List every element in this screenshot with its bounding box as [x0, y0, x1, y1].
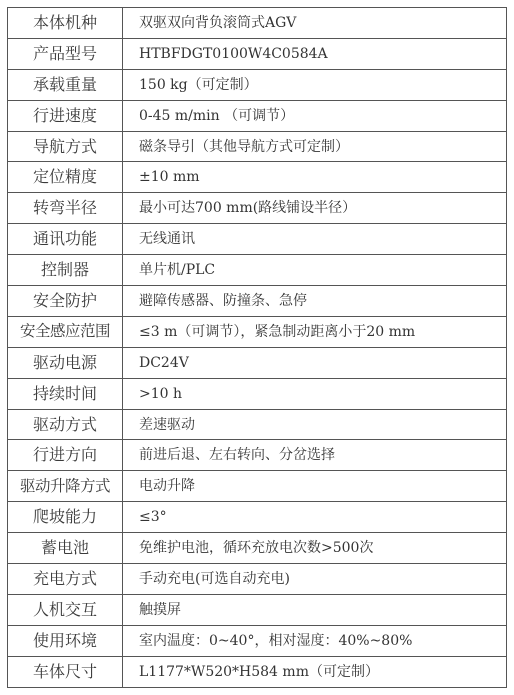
table-row: 人机交互触摸屏 [8, 594, 507, 625]
row-value: 双驱双向背负滚筒式AGV [123, 8, 507, 39]
row-label: 安全防护 [8, 286, 123, 317]
row-value: 室内温度：0~40°，相对湿度：40%~80% [123, 625, 507, 656]
row-value: 触摸屏 [123, 594, 507, 625]
row-value: ≤3 m（可调节），紧急制动距离小于20 mm [123, 316, 507, 347]
table-row: 导航方式磁条导引（其他导航方式可定制） [8, 131, 507, 162]
row-value: ±10 mm [123, 162, 507, 193]
row-label: 使用环境 [8, 625, 123, 656]
table-row: 产品型号HTBFDGT0100W4C0584A [8, 38, 507, 69]
table-row: 充电方式手动充电(可选自动充电) [8, 564, 507, 595]
row-label: 行进速度 [8, 100, 123, 131]
row-label: 蓄电池 [8, 533, 123, 564]
table-row: 转弯半径最小可达700 mm(路线铺设半径） [8, 193, 507, 224]
row-value: 电动升降 [123, 471, 507, 502]
row-label: 驱动电源 [8, 347, 123, 378]
table-row: 驱动方式差速驱动 [8, 409, 507, 440]
row-value: 差速驱动 [123, 409, 507, 440]
table-row: 使用环境室内温度：0~40°，相对湿度：40%~80% [8, 625, 507, 656]
row-value: 前进后退、左右转向、分岔选择 [123, 440, 507, 471]
row-label: 本体机种 [8, 8, 123, 39]
table-row: 行进速度0-45 m/min （可调节） [8, 100, 507, 131]
table-row: 安全防护避障传感器、防撞条、急停 [8, 286, 507, 317]
table-row: 承载重量150 kg（可定制） [8, 69, 507, 100]
row-value: ≤3° [123, 502, 507, 533]
row-value: L1177*W520*H584 mm（可定制） [123, 656, 507, 687]
row-label: 人机交互 [8, 594, 123, 625]
row-value: 无线通讯 [123, 224, 507, 255]
spec-table: 本体机种双驱双向背负滚筒式AGV 产品型号HTBFDGT0100W4C0584A… [7, 7, 507, 688]
row-label: 行进方向 [8, 440, 123, 471]
row-value: 手动充电(可选自动充电) [123, 564, 507, 595]
row-label: 转弯半径 [8, 193, 123, 224]
table-row: 控制器单片机/PLC [8, 255, 507, 286]
row-label: 承载重量 [8, 69, 123, 100]
row-value: 0-45 m/min （可调节） [123, 100, 507, 131]
table-row: 驱动电源DC24V [8, 347, 507, 378]
table-row: 蓄电池免维护电池，循环充放电次数>500次 [8, 533, 507, 564]
row-label: 安全感应范围 [8, 316, 123, 347]
row-label: 通讯功能 [8, 224, 123, 255]
row-value: 磁条导引（其他导航方式可定制） [123, 131, 507, 162]
row-label: 充电方式 [8, 564, 123, 595]
row-label: 产品型号 [8, 38, 123, 69]
row-label: 定位精度 [8, 162, 123, 193]
row-value: DC24V [123, 347, 507, 378]
row-label: 车体尺寸 [8, 656, 123, 687]
table-row: 持续时间>10 h [8, 378, 507, 409]
row-label: 控制器 [8, 255, 123, 286]
table-row: 驱动升降方式电动升降 [8, 471, 507, 502]
row-label: 持续时间 [8, 378, 123, 409]
row-label: 爬坡能力 [8, 502, 123, 533]
row-label: 驱动升降方式 [8, 471, 123, 502]
table-row: 定位精度±10 mm [8, 162, 507, 193]
row-value: 免维护电池，循环充放电次数>500次 [123, 533, 507, 564]
table-row: 行进方向前进后退、左右转向、分岔选择 [8, 440, 507, 471]
row-value: >10 h [123, 378, 507, 409]
row-label: 导航方式 [8, 131, 123, 162]
row-value: 150 kg（可定制） [123, 69, 507, 100]
table-row: 通讯功能无线通讯 [8, 224, 507, 255]
row-value: 避障传感器、防撞条、急停 [123, 286, 507, 317]
row-value: 单片机/PLC [123, 255, 507, 286]
table-row: 车体尺寸L1177*W520*H584 mm（可定制） [8, 656, 507, 687]
table-row: 爬坡能力≤3° [8, 502, 507, 533]
table-row: 安全感应范围≤3 m（可调节），紧急制动距离小于20 mm [8, 316, 507, 347]
row-value: HTBFDGT0100W4C0584A [123, 38, 507, 69]
row-value: 最小可达700 mm(路线铺设半径） [123, 193, 507, 224]
row-label: 驱动方式 [8, 409, 123, 440]
table-row: 本体机种双驱双向背负滚筒式AGV [8, 8, 507, 39]
